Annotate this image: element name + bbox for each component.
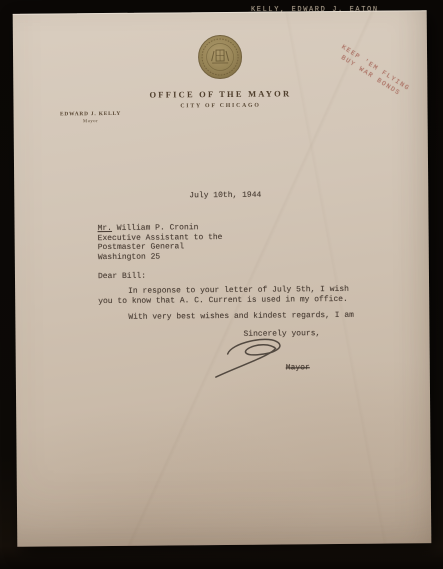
letter-paper: KEEP 'EM FLYING BUY WAR BONDS OFFICE OF … bbox=[13, 10, 432, 547]
letterhead-city: CITY OF CHICAGO bbox=[13, 101, 427, 111]
signature-icon bbox=[205, 333, 300, 386]
recipient-prefix: Mr. bbox=[98, 224, 112, 233]
salutation: Dear Bill: bbox=[98, 272, 146, 282]
recipient-address: Mr. William P. Cronin Executive Assistan… bbox=[98, 223, 223, 263]
recipient-line4: Washington 25 bbox=[98, 252, 223, 263]
recipient-line2: Executive Assistant to the bbox=[98, 233, 223, 244]
letterhead-official-name: EDWARD J. KELLY bbox=[56, 111, 126, 118]
letterhead-office: OFFICE OF THE MAYOR bbox=[13, 87, 427, 101]
body-line2: you to know that A. C. Current is used i… bbox=[98, 295, 349, 307]
letter-date: July 10th, 1944 bbox=[189, 191, 261, 201]
letterhead-official-block: EDWARD J. KELLY Mayor bbox=[56, 111, 126, 124]
body-paragraph-1: In response to your letter of July 5th, … bbox=[98, 285, 349, 307]
photo-of-letter: { "colors": { "mat_background": "#0c0907… bbox=[0, 0, 443, 569]
signed-title-struck: Mayor bbox=[286, 363, 310, 373]
black-mat-background: KELLY, EDWARD J. EATON KEEP 'EM FLY bbox=[0, 0, 443, 569]
body-paragraph-2: With very best wishes and kindest regard… bbox=[98, 311, 354, 323]
city-seal-icon bbox=[197, 34, 243, 80]
letterhead-official-title: Mayor bbox=[56, 118, 126, 124]
recipient-name: William P. Cronin bbox=[112, 223, 198, 233]
war-bonds-stamp: KEEP 'EM FLYING BUY WAR BONDS bbox=[318, 32, 429, 112]
